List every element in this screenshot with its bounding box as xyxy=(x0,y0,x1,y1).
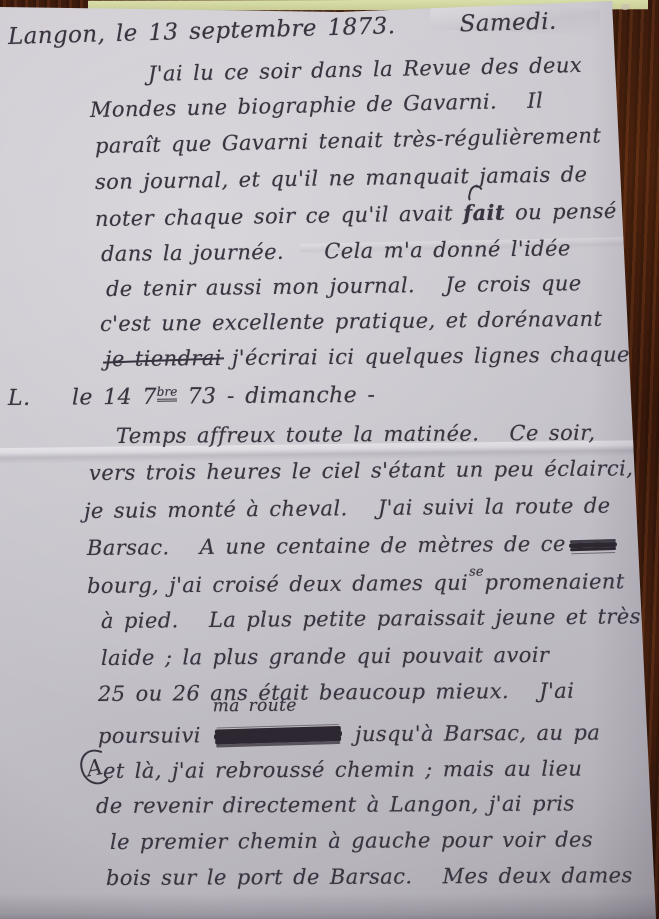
handwriting-line: Mondes une biographie de Gavarni. Il xyxy=(90,89,544,122)
handwriting-text: 73 - dimanche - xyxy=(177,383,375,410)
handwriting-text: Temps affreux toute la matinée. Ce soir, xyxy=(116,421,596,448)
handwriting-line: 25 ou 26 ans était beaucoup mieux. J'ai xyxy=(98,679,574,706)
handwriting-text: bourg, j'ai croisé deux dames qui xyxy=(87,571,468,598)
handwriting-text: L. le 14 7 xyxy=(8,385,157,411)
handwriting-line: bois sur le port de Barsac. Mes deux dam… xyxy=(106,863,633,890)
handwriting-text: à pied. La plus petite paraissait jeune … xyxy=(101,604,641,633)
handwriting-text: Langon, le 13 septembre 1873. Samedi. xyxy=(8,9,557,50)
overwritten-word: fait xyxy=(463,200,505,226)
handwriting-text: J'ai lu ce soir dans la Revue des deux xyxy=(148,53,582,86)
handwriting-text: Mondes une biographie de Gavarni. Il xyxy=(90,89,544,122)
handwriting-line: dans la journée. Cela m'a donné l'idée xyxy=(101,236,571,266)
handwriting-line: laide ; la plus grande qui pouvait avoir xyxy=(101,643,550,670)
handwriting-line: le premier chemin à gauche pour voir des xyxy=(110,827,593,854)
handwriting-text: et là, j'ai rebroussé chemin ; mais au l… xyxy=(103,756,582,783)
handwriting-text: promenaient xyxy=(484,569,624,594)
handwriting-line: bourg, j'ai croisé deux dames quiseprome… xyxy=(87,567,625,598)
handwriting-line: poursuivi ma route jusqu'à Barsac, au pa xyxy=(98,720,600,748)
handwriting-text: ou pensé xyxy=(505,199,617,225)
handwriting-line: c'est une excellente pratique, et doréna… xyxy=(100,307,603,336)
correction-note: ma route xyxy=(213,696,297,717)
handwriting-text: son journal, et qu'il ne manquait jamais… xyxy=(95,162,588,194)
handwriting-text: j'écrirai ici quelques lignes chaque so xyxy=(222,342,659,370)
handwriting-line: son journal, et qu'il ne manquait jamais… xyxy=(95,162,588,194)
handwriting-text: le premier chemin à gauche pour voir des xyxy=(110,827,593,854)
handwriting-line: à pied. La plus petite paraissait jeune … xyxy=(101,604,641,633)
inserted-word: se xyxy=(469,565,484,580)
handwriting-text: de revenir directement à Langon, j'ai pr… xyxy=(96,791,575,818)
handwriting-line: noter chaque soir ce qu'il avait fait ou… xyxy=(95,198,617,231)
handwriting-line: J'ai lu ce soir dans la Revue des deux xyxy=(148,53,582,86)
handwriting-line: Temps affreux toute la matinée. Ce soir, xyxy=(116,421,596,448)
handwriting-line: Langon, le 13 septembre 1873. Samedi. xyxy=(8,9,557,50)
handwriting-line: je suis monté à cheval. J'ai suivi la ro… xyxy=(84,493,611,523)
handwriting-line: L. le 14 7bre 73 - dimanche - xyxy=(8,383,376,411)
photograph: A Langon, le 13 septembre 1873. Samedi.J… xyxy=(0,0,659,919)
handwriting-text: 25 ou 26 ans était beaucoup mieux. J'ai xyxy=(98,679,574,706)
strikethrough-text: je tiendrai xyxy=(105,346,222,371)
handwriting-text: jusqu'à Barsac, au pa xyxy=(345,720,600,746)
handwriting-line: de tenir aussi mon journal. Je crois que xyxy=(106,271,582,301)
handwriting-text: noter chaque soir ce qu'il avait xyxy=(95,201,463,231)
handwriting-line: de revenir directement à Langon, j'ai pr… xyxy=(96,791,575,818)
correction: ma route xyxy=(211,722,345,747)
paper-bottom-shadow xyxy=(0,893,659,919)
handwriting-text: de tenir aussi mon journal. Je crois que xyxy=(106,271,582,301)
ordinal-superscript: bre xyxy=(157,386,178,402)
ink-scribble xyxy=(569,542,617,548)
handwriting-line: vers trois heures le ciel s'étant un peu… xyxy=(89,456,633,485)
handwriting-text: je suis monté à cheval. J'ai suivi la ro… xyxy=(84,493,611,523)
handwriting-text: dans la journée. Cela m'a donné l'idée xyxy=(101,236,571,266)
handwriting-text: laide ; la plus grande qui pouvait avoir xyxy=(101,643,550,670)
handwriting-line: paraît que Gavarni tenait très-régulière… xyxy=(95,123,602,158)
handwriting-line: et là, j'ai rebroussé chemin ; mais au l… xyxy=(103,756,582,783)
handwriting-text: Barsac. A une centaine de mètres de ce xyxy=(87,532,566,560)
handwriting-text: poursuivi xyxy=(98,723,211,748)
handwriting-line: je tiendrai j'écrirai ici quelques ligne… xyxy=(105,342,659,371)
paper: A Langon, le 13 septembre 1873. Samedi.J… xyxy=(0,0,659,919)
ink-scribble xyxy=(214,730,342,741)
handwriting-text: bois sur le port de Barsac. Mes deux dam… xyxy=(106,863,633,890)
handwriting-text: paraît que Gavarni tenait très-régulière… xyxy=(95,123,602,158)
handwriting-line: Barsac. A une centaine de mètres de ce xyxy=(87,531,620,560)
handwriting-text: vers trois heures le ciel s'étant un peu… xyxy=(89,456,633,485)
handwriting-text: c'est une excellente pratique, et doréna… xyxy=(100,307,603,336)
